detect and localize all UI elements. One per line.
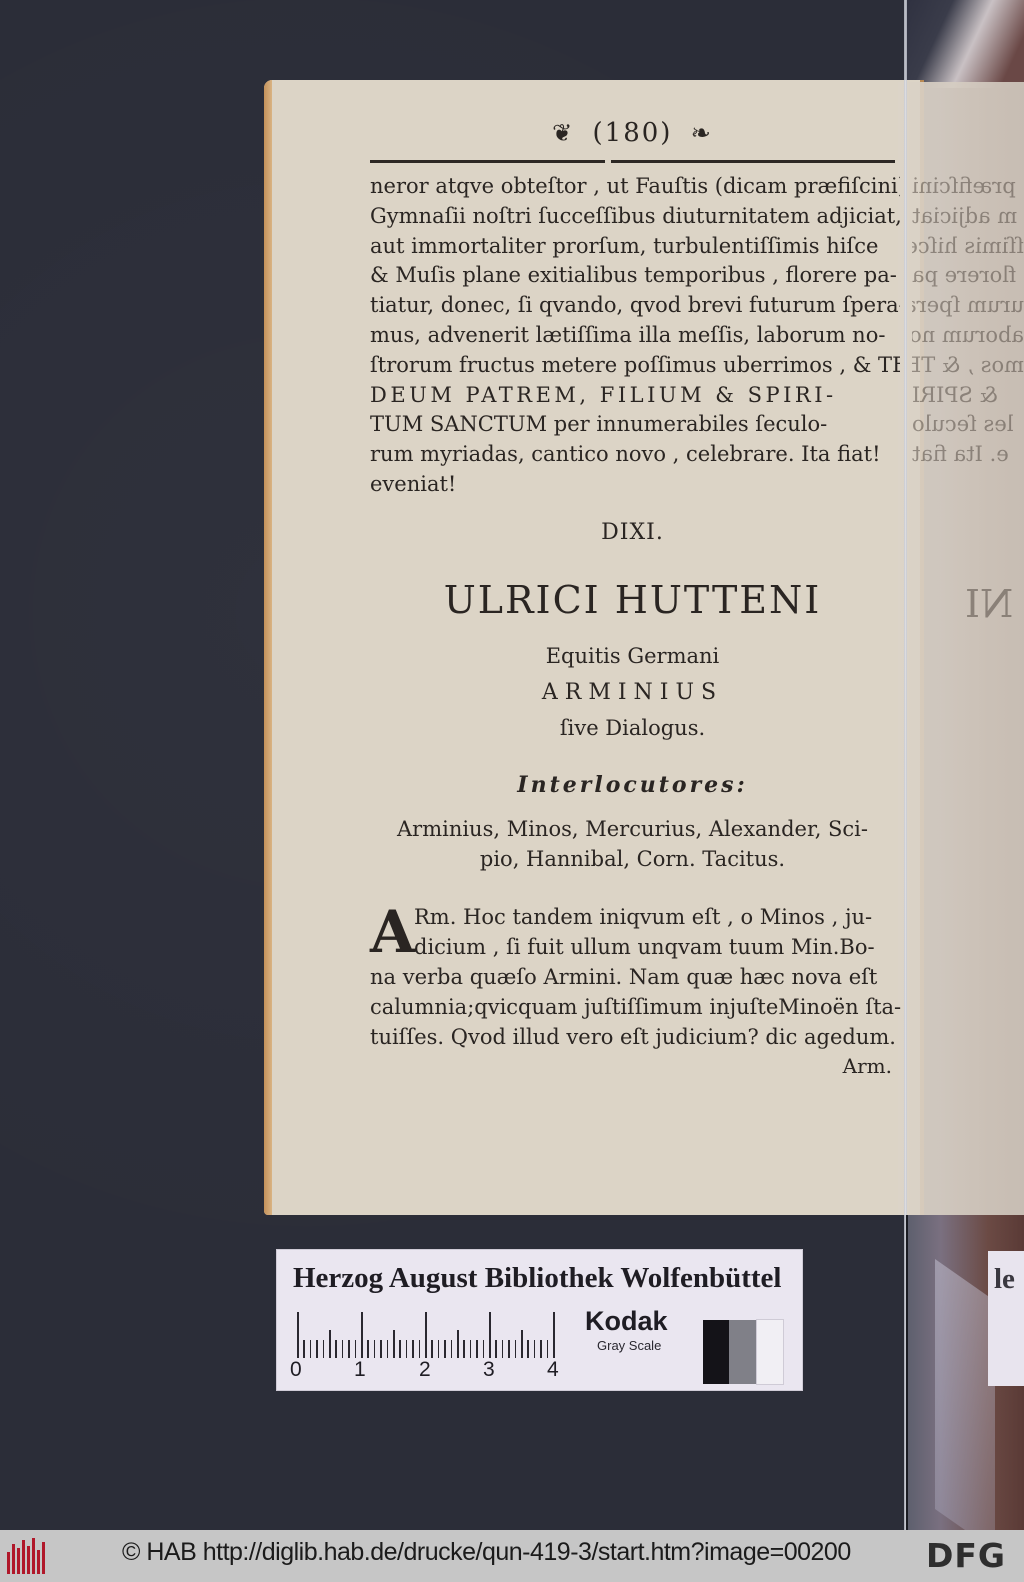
interlocutores-heading: Interlocutores: <box>370 772 895 798</box>
catchword: Arm. <box>370 1054 892 1078</box>
background-cover <box>905 0 1024 88</box>
section-title: ULRICI HUTTENI <box>370 578 895 622</box>
text-line: neror atqve obteſtor , ut Fauſtis (dicam… <box>370 172 900 202</box>
scale-card-partial: le <box>988 1251 1024 1386</box>
glass-reflection <box>935 1259 995 1551</box>
ornament-right-icon: ❧ <box>691 119 713 147</box>
header-rule <box>370 160 895 163</box>
text-line: & Muſis plane exitialibus temporibus , f… <box>370 261 900 291</box>
subtitle-arminius: ARMINIUS <box>370 680 895 705</box>
text-line: dicium , ſi fuit ullum unqvam tuum Min.B… <box>370 932 900 962</box>
text-line: Gymnaſii noſtri ſucceſſibus diuturnitate… <box>370 202 900 232</box>
text-line: eveniat! <box>370 470 900 500</box>
text-line: tuiſſes. Qvod illud vero eſt judicium? d… <box>370 1022 900 1052</box>
ruler-label: 2 <box>419 1358 431 1382</box>
footer-bar: © HAB http://diglib.hab.de/drucke/qun-41… <box>0 1530 1024 1582</box>
institution-name: Herzog August Bibliothek Wolfenbüttel <box>293 1262 781 1295</box>
scale-card: Herzog August Bibliothek Wolfenbüttel <box>277 1250 802 1390</box>
text-line: na verba quæſo Armini. Nam quæ hæc nova … <box>370 962 900 992</box>
gray-patch-black <box>703 1320 729 1384</box>
gray-patch-mid <box>729 1320 757 1384</box>
text-line: rum myriadas, cantico novo , celebrare. … <box>370 440 900 470</box>
ruler-label: 1 <box>354 1358 366 1382</box>
rule-break <box>605 158 611 164</box>
text-line: Rm. Hoc tandem iniqvum eſt , o Minos , j… <box>370 902 900 932</box>
ruler-label: 4 <box>547 1358 559 1382</box>
ornament-left-icon: ❦ <box>552 119 574 147</box>
text-line: aut immortaliter prorſum, turbulentiſſim… <box>370 232 900 262</box>
subtitle-equitis: Equitis Germani <box>370 644 895 668</box>
text-line: DEUM PATREM, FILIUM & SPIRI- <box>370 381 900 411</box>
text-line: ſtrorum fructus metere poſſimus uberrimo… <box>370 351 900 381</box>
persons-list: Arminius, Minos, Mercurius, Alexander, S… <box>370 814 895 874</box>
persons-line: pio, Hannibal, Corn. Tacitus. <box>370 844 895 874</box>
gray-patch-white <box>757 1320 783 1384</box>
card-text-fragment: le <box>994 1263 1015 1296</box>
text-line: TUM SANCTUM per innumerabiles ſeculo- <box>370 410 900 440</box>
page-number: (180) <box>593 118 673 148</box>
ruler-label: 3 <box>483 1358 495 1382</box>
subtitle-dialogus: ſive Dialogus. <box>370 716 895 740</box>
ruler <box>297 1312 559 1358</box>
bleed-through-title: NI <box>965 582 1013 626</box>
ruler-label: 0 <box>290 1358 302 1382</box>
gray-scale-label: Gray Scale <box>597 1338 661 1353</box>
text-line: tiatur, donec, ſi qvando, qvod brevi fut… <box>370 291 900 321</box>
dialog-paragraph: Rm. Hoc tandem iniqvum eſt , o Minos , j… <box>370 902 900 1052</box>
dfg-logo-icon: DFG <box>926 1536 1006 1575</box>
body-paragraph: neror atqve obteſtor , ut Fauſtis (dicam… <box>370 172 900 500</box>
hab-logo-icon <box>5 1538 47 1574</box>
text-line: mus, advenerit lætiſſima illa meſſis, la… <box>370 321 900 351</box>
glass-edge-shadow <box>906 1215 908 1530</box>
copyright-url[interactable]: © HAB http://diglib.hab.de/drucke/qun-41… <box>122 1538 851 1567</box>
closing-word: DIXI. <box>370 520 895 545</box>
text-line: calumnia;qvicquam juſtiſſimum injuſteMin… <box>370 992 900 1022</box>
bleed-through-text: præfiſcini m adjiciat ſſimis hiſce flore… <box>912 172 1024 470</box>
persons-line: Arminius, Minos, Mercurius, Alexander, S… <box>370 814 895 844</box>
page-header: ❦ (180) ❧ <box>370 118 895 148</box>
kodak-logo: Kodak <box>585 1306 668 1337</box>
